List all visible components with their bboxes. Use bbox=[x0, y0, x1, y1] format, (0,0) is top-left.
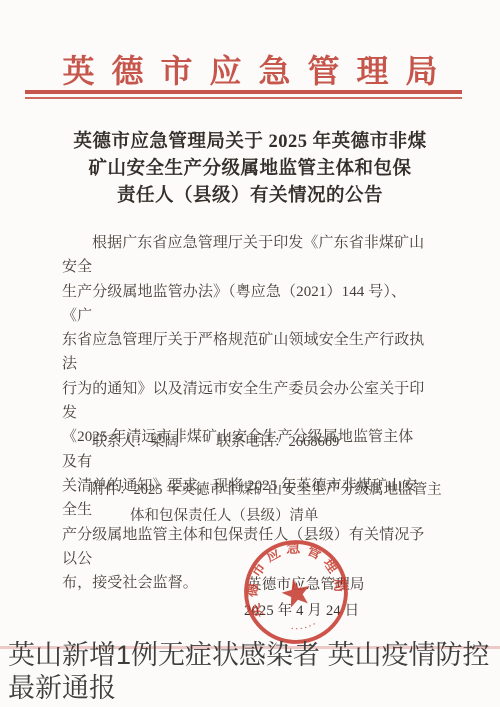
divider-thick-line bbox=[25, 90, 462, 94]
document-photo: 英德市应急管理局 英德市应急管理局关于 2025 年英德市非煤 矿山安全生产分级… bbox=[0, 0, 500, 707]
attachment-line-2: 体和包保责任人（县级）清单 bbox=[90, 504, 442, 530]
star-icon bbox=[279, 576, 313, 609]
body-line-1: 根据广东省应急管理厅关于印发《广东省非煤矿山安全 bbox=[62, 231, 426, 280]
contact-phone-label: 联系电话： bbox=[216, 434, 289, 450]
body-line-2: 生产分级属地监管办法》（粤应急（2021）144 号）、《广 bbox=[62, 280, 426, 329]
letterhead-bureau-name: 英德市应急管理局 bbox=[0, 46, 500, 92]
document-body: 根据广东省应急管理厅关于印发《广东省非煤矿山安全 生产分级属地监管办法》（粤应急… bbox=[62, 231, 426, 595]
contact-person-label: 联系人： bbox=[92, 434, 150, 450]
title-line-3: 责任人（县级）有关情况的公告 bbox=[0, 183, 500, 210]
attachment-line-1: 附件：2025 年英德市非煤矿山安全生产分级属地监管主 bbox=[90, 478, 442, 504]
caption-line-1: 英山新增1例无症状感染者 英山疫情防控 bbox=[8, 639, 500, 672]
title-line-1: 英德市应急管理局关于 2025 年英德市非煤 bbox=[0, 129, 500, 156]
news-caption: 英山新增1例无症状感染者 英山疫情防控 最新通报 bbox=[8, 639, 500, 705]
body-line-4: 行为的通知》以及清远市安全生产委员会办公室关于印发 bbox=[62, 377, 426, 426]
caption-line-2: 最新通报 bbox=[8, 672, 500, 705]
seal-bottom-dots: •••••• bbox=[290, 620, 320, 635]
contact-line: 联系人：梁阔联系电话：2668669 bbox=[92, 430, 339, 451]
contact-phone-number: 2668669 bbox=[289, 434, 340, 450]
title-line-2: 矿山安全生产分级属地监管主体和包保 bbox=[0, 156, 500, 183]
body-line-3: 东省应急管理厅关于严格规范矿山领域安全生产行政执法 bbox=[62, 328, 426, 377]
contact-person-name: 梁阔 bbox=[150, 434, 179, 450]
attachment-note: 附件：2025 年英德市非煤矿山安全生产分级属地监管主 体和包保责任人（县级）清… bbox=[90, 478, 442, 529]
document-title: 英德市应急管理局关于 2025 年英德市非煤 矿山安全生产分级属地监管主体和包保… bbox=[0, 129, 500, 210]
divider-thin-line bbox=[25, 97, 462, 99]
letterhead-divider bbox=[25, 90, 462, 99]
